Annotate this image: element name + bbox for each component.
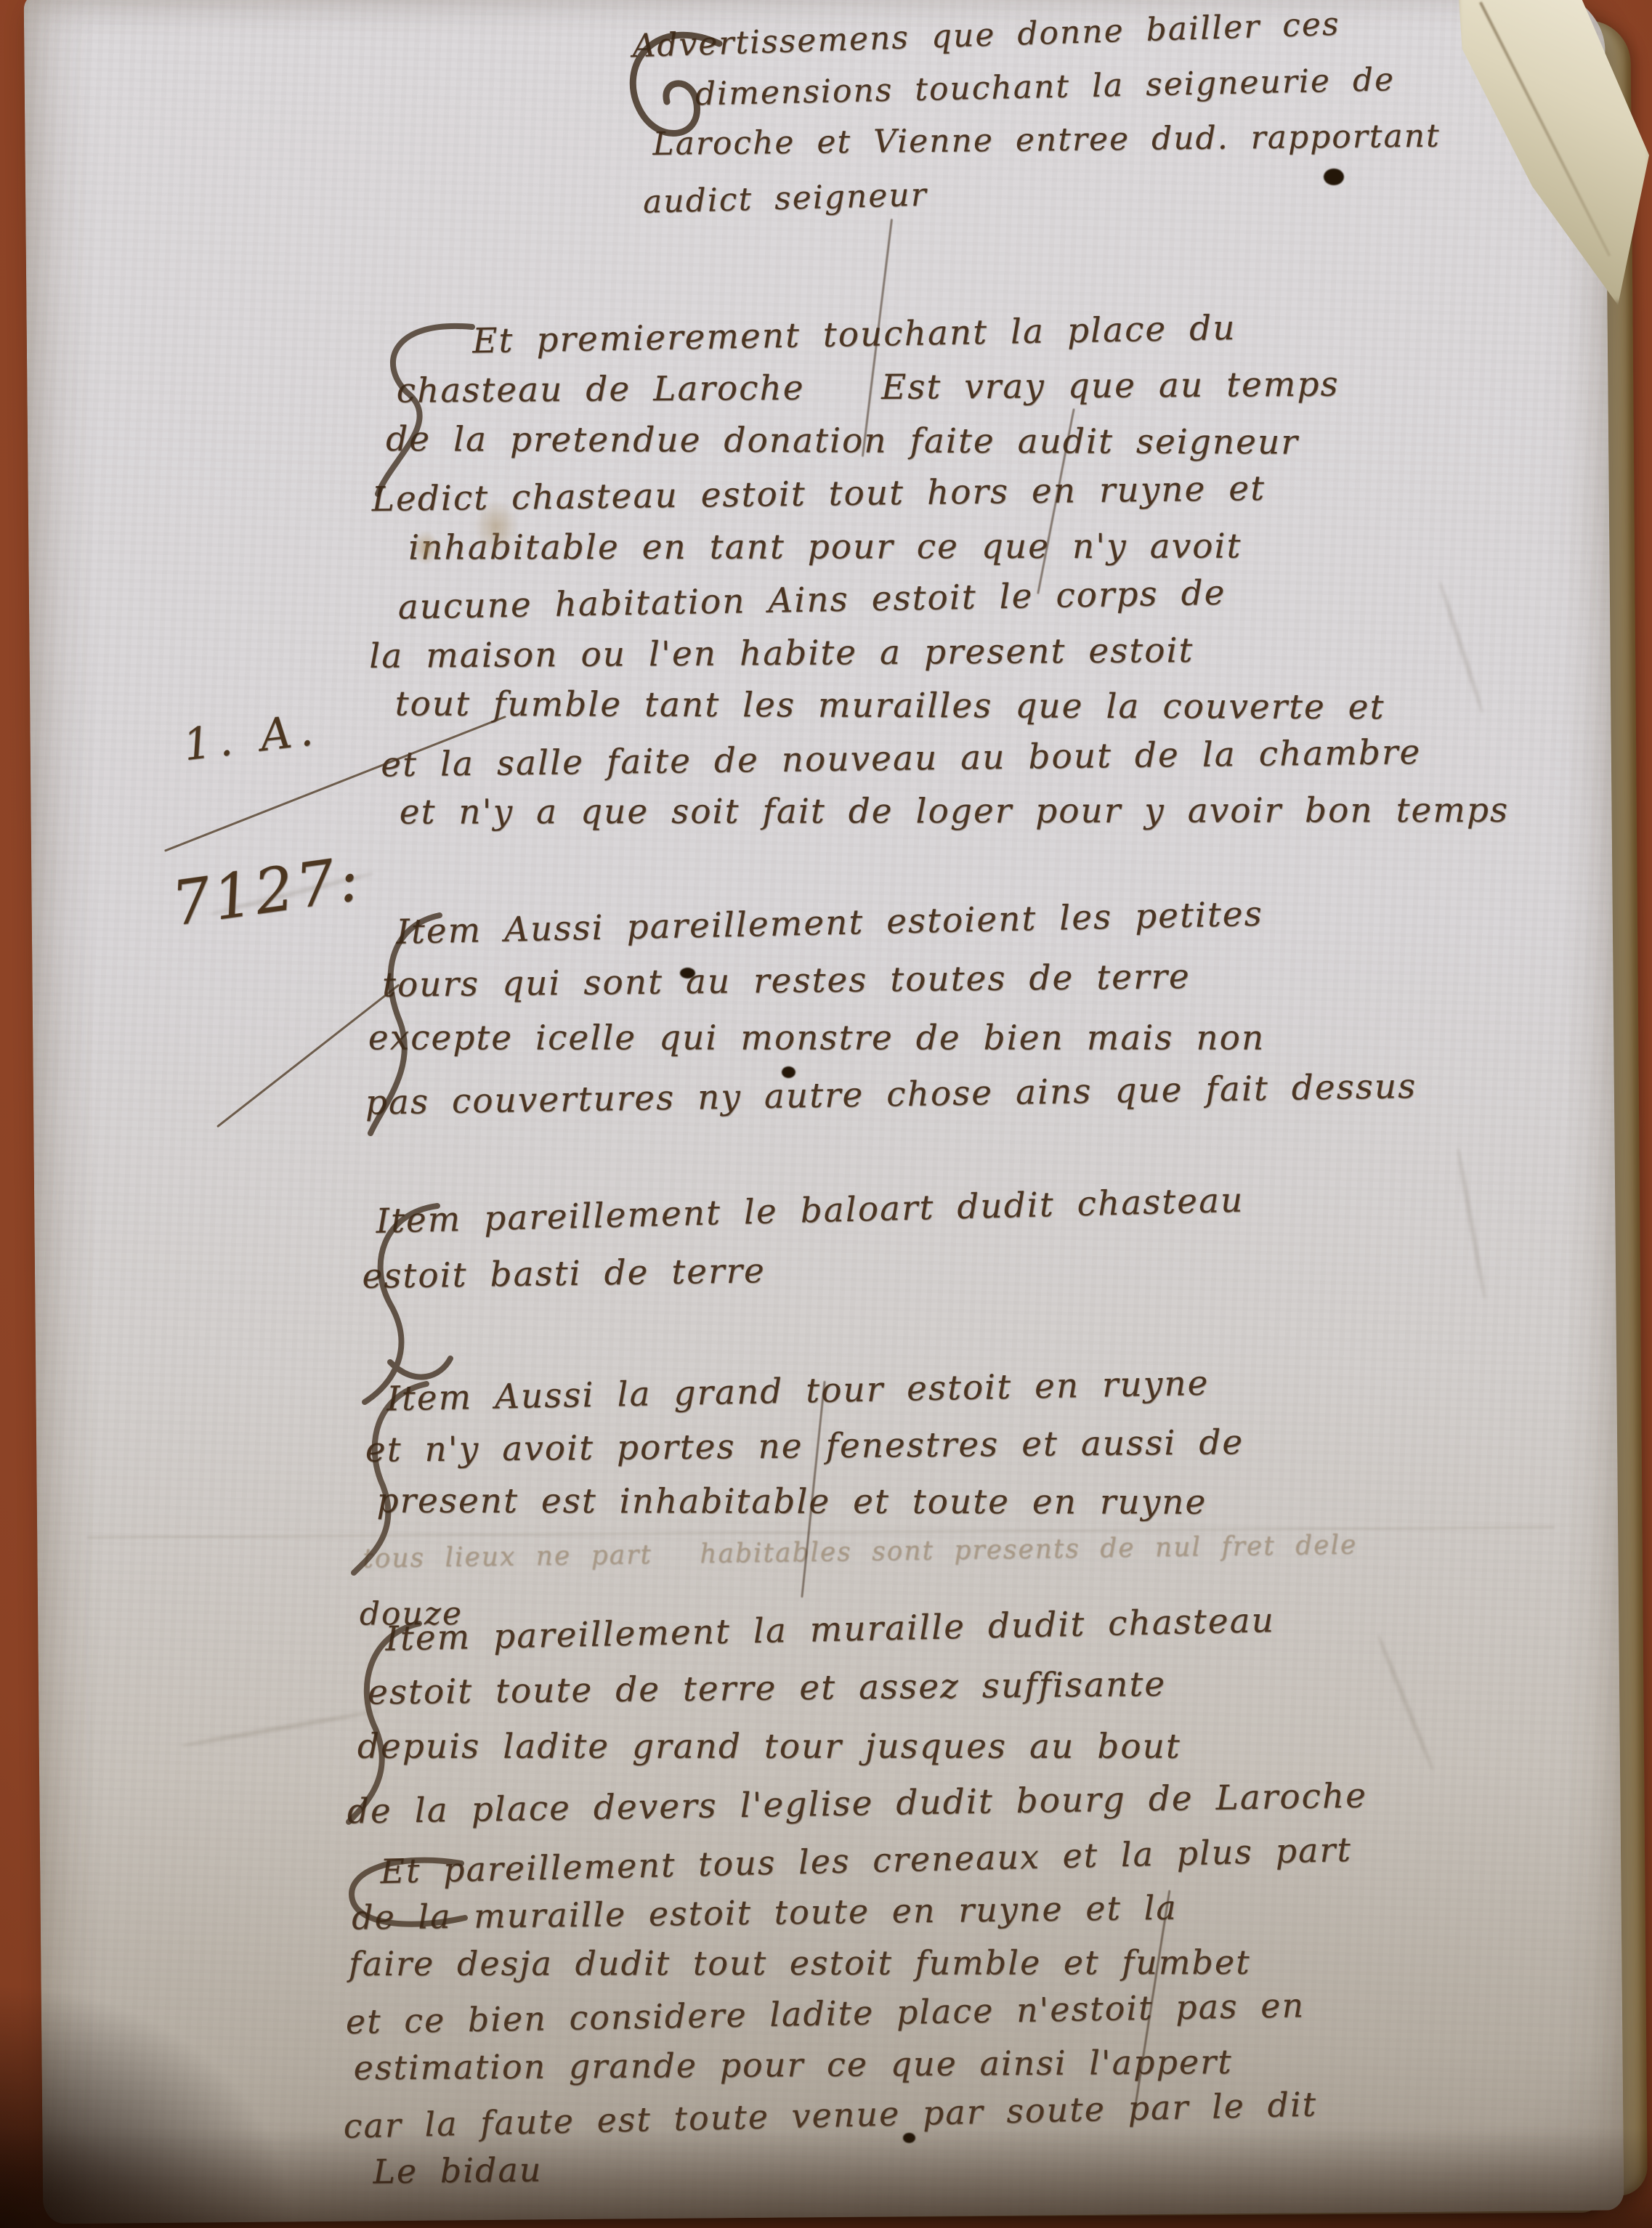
manuscript-line: faire desja dudit tout estoit fumble et … <box>349 1945 1251 1980</box>
manuscript-line: Ledict chasteau estoit tout hors en ruyn… <box>371 471 1266 517</box>
manuscript-line: de la muraille estoit toute en ruyne et … <box>352 1891 1178 1935</box>
ink-blot <box>680 968 695 979</box>
manuscript-line: estoit basti de terre <box>362 1254 766 1294</box>
manuscript-line: estoit toute de terre et assez suffisant… <box>368 1667 1166 1710</box>
manuscript-line: tours qui sont au restes toutes de terre <box>382 960 1191 1002</box>
manuscript-line: Le bidau <box>373 2153 543 2189</box>
manuscript-line: present est inhabitable et toute en ruyn… <box>376 1484 1207 1520</box>
manuscript-line: depuis ladite grand tour jusques au bout <box>357 1730 1181 1764</box>
manuscript-line: la maison ou l'en habite a present estoi… <box>369 633 1194 673</box>
photograph-of-manuscript: Advertissemens que donne bailler cesdime… <box>0 0 1652 2228</box>
manuscript-line: estimation grande pour ce que ainsi l'ap… <box>354 2045 1233 2084</box>
manuscript-line: Laroche et Vienne entree dud. rapportant <box>652 121 1441 161</box>
manuscript-line: et n'y avoit portes ne fenestres et auss… <box>365 1425 1244 1467</box>
manuscript-line: audict seigneur <box>642 179 928 219</box>
ink-blot <box>782 1066 795 1078</box>
manuscript-line: de la pretendue donation faite audit sei… <box>386 422 1299 459</box>
manuscript-line: tout fumble tant les murailles que la co… <box>395 687 1385 725</box>
manuscript-line: et n'y a que soit fait de loger pour y a… <box>400 793 1509 830</box>
ink-blot <box>903 2133 915 2143</box>
ink-blot <box>1324 169 1344 185</box>
manuscript-line: excepte icelle qui monstre de bien mais … <box>368 1021 1265 1055</box>
manuscript-line: inhabitable en tant pour ce que n'y avoi… <box>408 530 1242 565</box>
